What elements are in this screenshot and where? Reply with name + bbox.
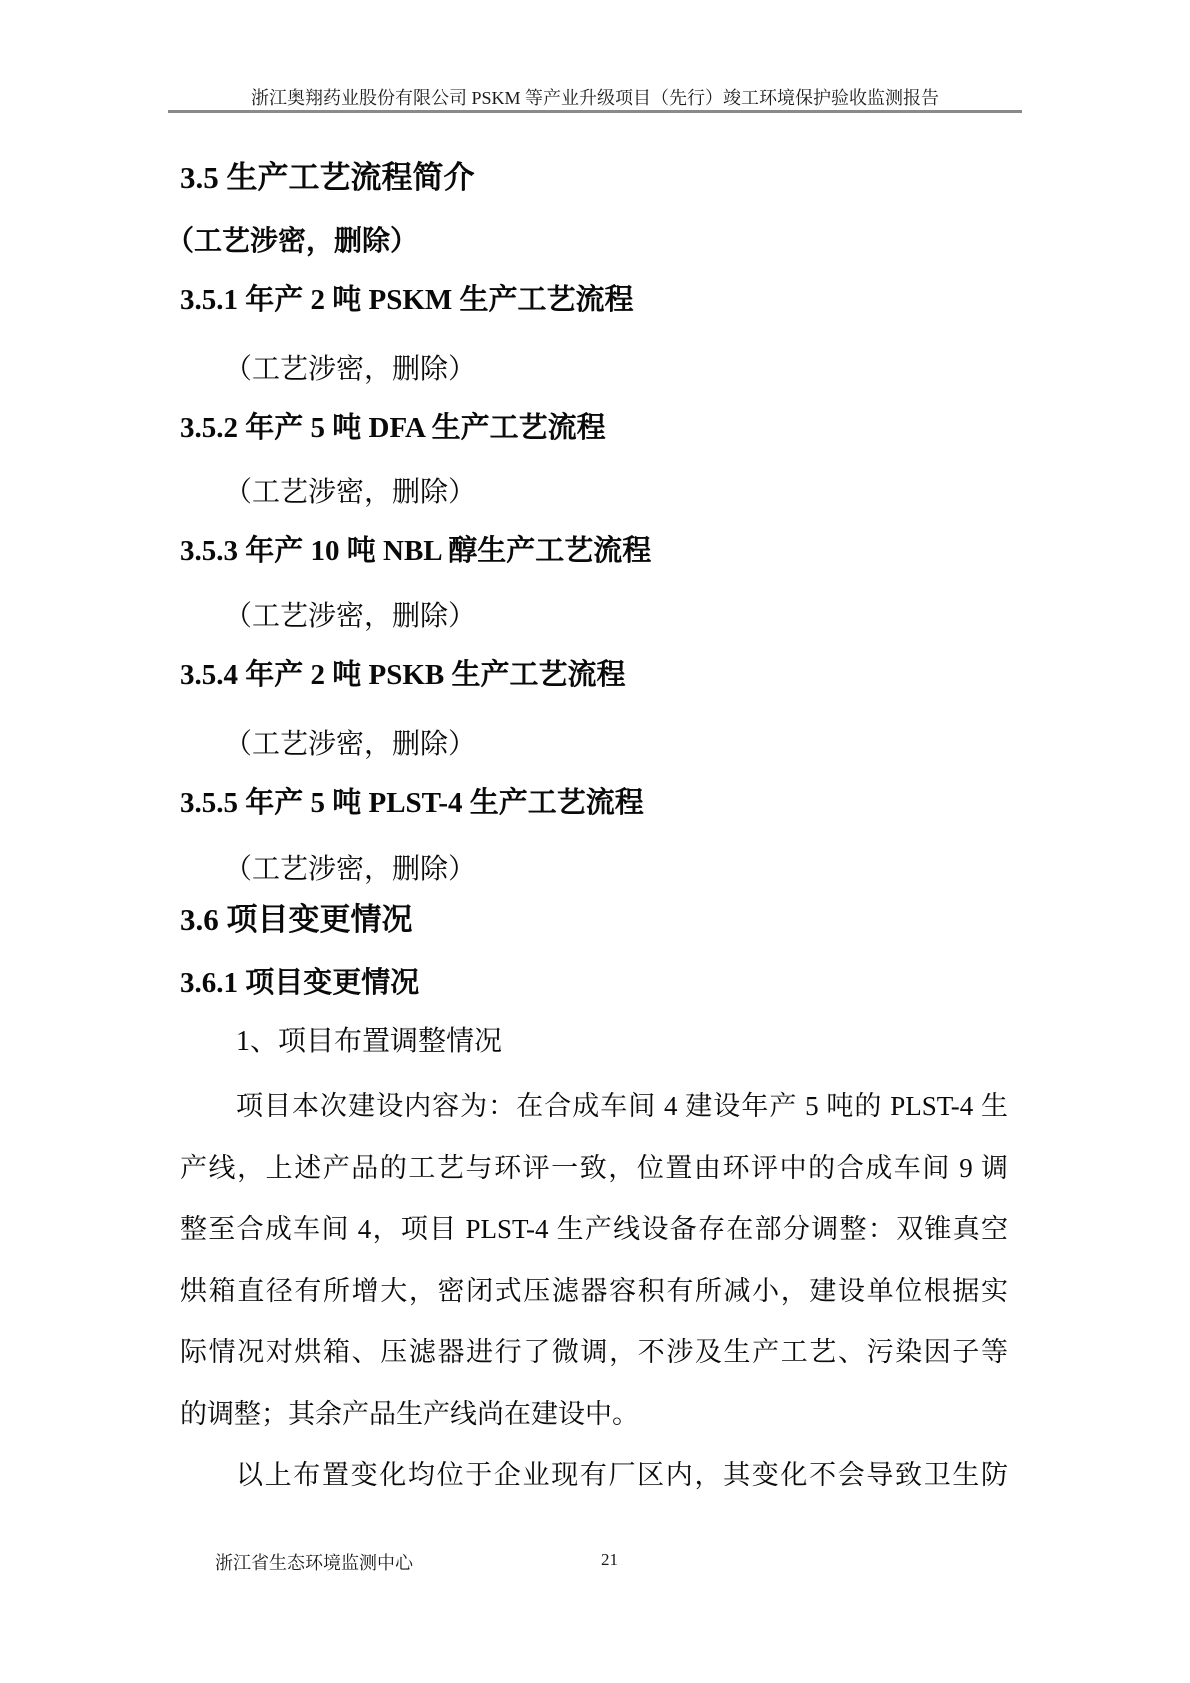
page-number: 21 [601, 1550, 618, 1570]
paragraph-line: 际情况对烘箱、压滤器进行了微调，不涉及生产工艺、污染因子等 [180, 1322, 1008, 1384]
header-rule-divider [168, 110, 1022, 113]
list-item-1: 1、项目布置调整情况 [236, 1019, 502, 1059]
header-title: 浙江奥翔药业股份有限公司 PSKM 等产业升级项目（先行）竣工环境保护验收监测报… [168, 84, 1022, 110]
redacted-note: （工艺涉密，删除） [224, 847, 476, 887]
paragraph-line: 产线，上述产品的工艺与环评一致，位置由环评中的合成车间 9 调 [180, 1138, 1008, 1200]
section-heading-3-5-2: 3.5.2 年产 5 吨 DFA 生产工艺流程 [180, 412, 606, 445]
section-heading-3-5-1: 3.5.1 年产 2 吨 PSKM 生产工艺流程 [180, 284, 634, 317]
redacted-note-bold: （工艺涉密，删除） [166, 219, 418, 259]
paragraph-line: 的调整；其余产品生产线尚在建设中。 [180, 1384, 1008, 1446]
section-heading-3-5: 3.5 生产工艺流程简介 [180, 160, 475, 196]
section-heading-3-6-1: 3.6.1 项目变更情况 [180, 967, 419, 1000]
redacted-note: （工艺涉密，删除） [224, 470, 476, 510]
redacted-note: （工艺涉密，删除） [224, 722, 476, 762]
paragraph-line: 项目本次建设内容为：在合成车间 4 建设年产 5 吨的 PLST-4 生 [180, 1076, 1008, 1138]
paragraph-line: 烘箱直径有所增大，密闭式压滤器容积有所减小，建设单位根据实 [180, 1261, 1008, 1323]
section-heading-3-5-3: 3.5.3 年产 10 吨 NBL 醇生产工艺流程 [180, 535, 651, 568]
paragraph-line: 整至合成车间 4，项目 PLST-4 生产线设备存在部分调整：双锥真空 [180, 1199, 1008, 1261]
document-page: 浙江奥翔药业股份有限公司 PSKM 等产业升级项目（先行）竣工环境保护验收监测报… [0, 0, 1190, 1683]
redacted-note: （工艺涉密，删除） [224, 594, 476, 634]
redacted-note: （工艺涉密，删除） [224, 347, 476, 387]
section-heading-3-5-5: 3.5.5 年产 5 吨 PLST-4 生产工艺流程 [180, 787, 644, 820]
footer-organization: 浙江省生态环境监测中心 [215, 1549, 413, 1575]
section-heading-3-5-4: 3.5.4 年产 2 吨 PSKB 生产工艺流程 [180, 659, 626, 692]
body-paragraphs: 项目本次建设内容为：在合成车间 4 建设年产 5 吨的 PLST-4 生 产线，… [180, 1076, 1008, 1507]
section-heading-3-6: 3.6 项目变更情况 [180, 902, 413, 938]
paragraph-line: 以上布置变化均位于企业现有厂区内，其变化不会导致卫生防 [180, 1445, 1008, 1507]
